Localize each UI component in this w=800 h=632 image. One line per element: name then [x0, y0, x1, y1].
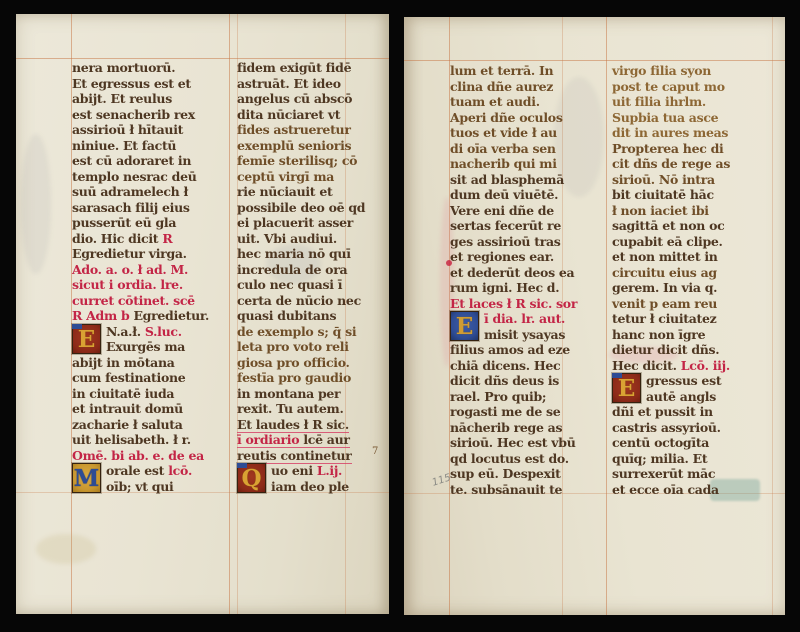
text-line: Egredietur virga.: [72, 246, 227, 262]
body-text: Egredietur.: [133, 308, 209, 323]
text-line: dñi et pussit in: [612, 404, 778, 420]
body-text: misit ysayas: [484, 327, 565, 342]
text-line: ł non iaciet ibi: [612, 203, 778, 219]
text-line: in montana per: [237, 386, 389, 402]
body-text: chiā dicens. Hec: [450, 358, 560, 373]
body-text: ges assirioū tras: [450, 234, 561, 249]
body-text: rie nūciauit et: [237, 184, 332, 199]
text-line: sup eū. Despexit: [450, 466, 610, 482]
rubric-text: R: [162, 231, 172, 246]
rubric-text: Ado. a. o. ł ad. M.: [72, 262, 188, 277]
text-line: niniue. Et factū: [72, 138, 227, 154]
body-text: uit filia ihrlm.: [612, 94, 706, 109]
text-line: Propterea hec di: [612, 141, 778, 157]
body-text: possibile deo oē qd: [237, 200, 365, 215]
illuminated-initial: M: [72, 463, 101, 493]
body-text: bit ciuitatē hāc: [612, 187, 714, 202]
text-line: exemplū senioris: [237, 138, 389, 154]
body-text: assirioū ł hītauit: [72, 122, 183, 137]
body-text: Aperi dñe oculos: [450, 110, 563, 125]
text-line: rexit. Tu autem.: [237, 401, 389, 417]
body-text: autē angls: [646, 389, 716, 404]
rubric-text: ī dia. lr. aut.: [484, 311, 565, 326]
text-line: sertas fecerūt re: [450, 218, 610, 234]
text-column: fidem exigūt fidēastruāt. Et ideoangelus…: [237, 60, 389, 494]
rubric-text: Lcō. iij.: [681, 358, 730, 373]
text-line: astruāt. Et ideo: [237, 76, 389, 92]
body-text: nera mortuorū.: [72, 60, 175, 75]
text-line: uit filia ihrlm.: [612, 94, 778, 110]
body-text: sirioū. Nō intra: [612, 172, 715, 187]
text-line: uit helisabeth. ł r.: [72, 432, 227, 448]
text-line: sarasach filij eius: [72, 200, 227, 216]
body-text: abijt in mōtana: [72, 355, 175, 370]
body-text: nacherib qui mi: [450, 156, 557, 171]
text-line: sirioū. Nō intra: [612, 172, 778, 188]
text-line: sirioū. Hec est vbū: [450, 435, 610, 451]
body-text: orale est: [106, 463, 168, 478]
text-line: Aperi dñe oculos: [450, 110, 610, 126]
body-text: dit in aures meas: [612, 125, 728, 140]
body-text: qd locutus est do.: [450, 451, 569, 466]
body-text: est senacherib rex: [72, 107, 195, 122]
body-text: pusserūt eū gla: [72, 215, 176, 230]
body-text: Egredietur virga.: [72, 246, 187, 261]
text-line: et regiones ear.: [450, 249, 610, 265]
text-column: virgo filia syonpost te caput mouit fili…: [612, 63, 778, 497]
body-text: N.a.ł.: [106, 324, 145, 339]
text-line: cit dñs de rege as: [612, 156, 778, 172]
text-line: surrexerūt māc: [612, 466, 778, 482]
body-text: lcē aur: [303, 432, 349, 448]
text-line: hec maria nō quī: [237, 246, 389, 262]
margin-mark: 7: [372, 446, 378, 457]
text-line: sicut i ordia. lre.: [72, 277, 227, 293]
rubric-text: Omē. bi ab. e. de ea: [72, 448, 204, 463]
ink-showthrough: [21, 134, 51, 274]
body-text: ei placuerit asser: [237, 215, 353, 230]
manuscript-right-page: lum et terrā. Inclina dñe aureztuam et a…: [404, 17, 785, 615]
text-line: certa de nūcio nec: [237, 293, 389, 309]
text-line: fidem exigūt fidē: [237, 60, 389, 76]
body-text: dñi et pussit in: [612, 404, 713, 419]
text-line: Et laces ł R sic. sor: [450, 296, 610, 312]
body-text: surrexerūt māc: [612, 466, 715, 481]
text-column: lum et terrā. Inclina dñe aureztuam et a…: [450, 63, 610, 497]
body-text: astruāt. Et ideo: [237, 76, 341, 91]
text-line: castris assyrioū.: [612, 420, 778, 436]
text-line: et non mittet in: [612, 249, 778, 265]
text-line: Et laudes ł R sic.: [237, 417, 389, 433]
illuminated-initial: E: [72, 324, 101, 354]
text-line: cum festinatione: [72, 370, 227, 386]
text-line: fides astrueretur: [237, 122, 389, 138]
rubric-text: Et laces ł R sic. sor: [450, 296, 577, 311]
body-text: dio. Hic dicit: [72, 231, 162, 246]
text-line: suū adramelech ł: [72, 184, 227, 200]
text-line: dicit dñs deus is: [450, 373, 610, 389]
body-text: et intrauit domū: [72, 401, 183, 416]
body-text: Et egressus est et: [72, 76, 191, 91]
text-line: ei placuerit asser: [237, 215, 389, 231]
body-text: di oīa verba sen: [450, 141, 556, 156]
body-text: venit p eam reu: [612, 296, 717, 311]
body-text: oīb; vt qui: [106, 479, 173, 494]
text-line: dio. Hic dicit R: [72, 231, 227, 247]
text-line: nera mortuorū.: [72, 60, 227, 76]
body-text: templo nesrac deū: [72, 169, 197, 184]
body-text: cit dñs de rege as: [612, 156, 730, 171]
body-text: et dederūt deos ea: [450, 265, 574, 280]
text-line: abijt in mōtana: [72, 355, 227, 371]
body-text: incredula de ora: [237, 262, 347, 277]
body-text: exemplū senioris: [237, 138, 351, 153]
body-text: Propterea hec di: [612, 141, 723, 156]
text-line: dit in aures meas: [612, 125, 778, 141]
manuscript-left-page: nera mortuorū.Et egressus est etabijt. E…: [16, 14, 389, 614]
body-text: rogasti me de se: [450, 404, 560, 419]
text-line: quīq; milia. Et: [612, 451, 778, 467]
text-line: giosa pro officio.: [237, 355, 389, 371]
text-line: nācherib rege as: [450, 420, 610, 436]
body-text: rexit. Tu autem.: [237, 401, 344, 416]
text-line: Et egressus est et: [72, 76, 227, 92]
body-text: sup eū. Despexit: [450, 466, 561, 481]
body-text: filius amos ad eze: [450, 342, 570, 357]
rubric-text: L.ij.: [317, 463, 342, 478]
text-line: incredula de ora: [237, 262, 389, 278]
text-line: rum igni. Hec d.: [450, 280, 610, 296]
text-line: Hec dicit. Lcō. iij.: [612, 358, 778, 374]
body-text: tetur ł ciuitatez: [612, 311, 716, 326]
text-line: possibile deo oē qd: [237, 200, 389, 216]
body-text: sertas fecerūt re: [450, 218, 561, 233]
body-text: in ciuitatē iuda: [72, 386, 174, 401]
text-line: quasi dubitans: [237, 308, 389, 324]
text-line: zacharie ł saluta: [72, 417, 227, 433]
ruling-line: [404, 60, 785, 61]
text-line: R Adm b Egredietur.: [72, 308, 227, 324]
body-text: Hec dicit.: [612, 358, 681, 373]
body-text: fides astrueretur: [237, 122, 351, 137]
text-line: in ciuitatē iuda: [72, 386, 227, 402]
rubric-text: ī ordiario: [237, 432, 303, 448]
text-line: curret cōtinet. scē: [72, 293, 227, 309]
body-text: sarasach filij eius: [72, 200, 190, 215]
text-line: circuitu eius ag: [612, 265, 778, 281]
text-line: Ado. a. o. ł ad. M.: [72, 262, 227, 278]
body-text: hanc non īgre: [612, 327, 705, 342]
text-line: de exemplo s; q̄ si: [237, 324, 389, 340]
text-line: femīe sterilisq; cō: [237, 153, 389, 169]
body-text: Et laudes ł R sic.: [237, 417, 349, 433]
photo-background: nera mortuorū.Et egressus est etabijt. E…: [0, 0, 800, 632]
text-line: dita nūciaret vt: [237, 107, 389, 123]
text-line: et dederūt deos ea: [450, 265, 610, 281]
body-text: clina dñe aurez: [450, 79, 553, 94]
text-line: lum et terrā. In: [450, 63, 610, 79]
body-text: et ecce oīa cada: [612, 482, 719, 497]
body-text: tuam et audi.: [450, 94, 540, 109]
body-text: centū octogīta: [612, 435, 709, 450]
rubric-text: curret cōtinet. scē: [72, 293, 195, 308]
text-line: uit. Vbi audiui.: [237, 231, 389, 247]
rubric-text: sicut i ordia. lre.: [72, 277, 183, 292]
text-line: tuos et vide ł au: [450, 125, 610, 141]
body-text: gerem. In via q.: [612, 280, 717, 295]
body-text: uit. Vbi audiui.: [237, 231, 337, 246]
body-text: gressus est: [646, 373, 721, 388]
text-line: chiā dicens. Hec: [450, 358, 610, 374]
text-line: gerem. In via q.: [612, 280, 778, 296]
text-line: Supbia tua asce: [612, 110, 778, 126]
text-line: rie nūciauit et: [237, 184, 389, 200]
body-text: tuos et vide ł au: [450, 125, 557, 140]
text-line: virgo filia syon: [612, 63, 778, 79]
illuminated-initial: Q: [237, 463, 266, 493]
text-line: et intrauit domū: [72, 401, 227, 417]
body-text: sagittā et non oc: [612, 218, 724, 233]
text-column: nera mortuorū.Et egressus est etabijt. E…: [72, 60, 227, 494]
body-text: et non mittet in: [612, 249, 718, 264]
text-line: te. subsānauit te: [450, 482, 610, 498]
illuminated-initial: E: [450, 311, 479, 341]
text-line: sagittā et non oc: [612, 218, 778, 234]
text-line: di oīa verba sen: [450, 141, 610, 157]
text-line: ī ordiario lcē aur: [237, 432, 389, 448]
body-text: angelus cū abscō: [237, 91, 352, 106]
text-line: rael. Pro quib;: [450, 389, 610, 405]
body-text: uit helisabeth. ł r.: [72, 432, 191, 447]
text-line: tuam et audi.: [450, 94, 610, 110]
body-text: et regiones ear.: [450, 249, 554, 264]
body-text: virgo filia syon: [612, 63, 711, 78]
text-line: Vere eni dñe de: [450, 203, 610, 219]
vellum-stain: [36, 534, 96, 564]
ruling-line: [16, 58, 389, 59]
body-text: Vere eni dñe de: [450, 203, 554, 218]
text-line: assirioū ł hītauit: [72, 122, 227, 138]
text-line: filius amos ad eze: [450, 342, 610, 358]
body-text: giosa pro officio.: [237, 355, 350, 370]
body-text: dietur dicit dñs.: [612, 342, 719, 357]
text-line: est senacherib rex: [72, 107, 227, 123]
body-text: Exurgēs ma: [106, 339, 185, 354]
body-text: abijt. Et reulus: [72, 91, 172, 106]
text-line: nacherib qui mi: [450, 156, 610, 172]
rubric-text: S.luc.: [145, 324, 182, 339]
body-text: festīa pro gaudio: [237, 370, 351, 385]
text-line: clina dñe aurez: [450, 79, 610, 95]
body-text: niniue. Et factū: [72, 138, 176, 153]
body-text: sit ad blasphemā: [450, 172, 564, 187]
body-text: nācherib rege as: [450, 420, 562, 435]
text-line: culo nec quasi ī: [237, 277, 389, 293]
text-line: pusserūt eū gla: [72, 215, 227, 231]
text-line: et ecce oīa cada: [612, 482, 778, 498]
text-line: bit ciuitatē hāc: [612, 187, 778, 203]
text-line: qd locutus est do.: [450, 451, 610, 467]
text-line: sit ad blasphemā: [450, 172, 610, 188]
text-line: rogasti me de se: [450, 404, 610, 420]
rubric-text: R Adm b: [72, 308, 133, 323]
text-line: venit p eam reu: [612, 296, 778, 312]
text-line: ceptū virgī ma: [237, 169, 389, 185]
ruling-line: [229, 14, 230, 614]
text-line: Omē. bi ab. e. de ea: [72, 448, 227, 464]
body-text: ceptū virgī ma: [237, 169, 334, 184]
text-line: est cū adoraret in: [72, 153, 227, 169]
rubric-text: lcō.: [168, 463, 192, 478]
body-text: post te caput mo: [612, 79, 725, 94]
text-line: hanc non īgre: [612, 327, 778, 343]
body-text: uo eni: [271, 463, 317, 478]
body-text: de exemplo s; q̄ si: [237, 324, 356, 339]
illuminated-initial: E: [612, 373, 641, 403]
body-text: in montana per: [237, 386, 340, 401]
text-line: templo nesrac deū: [72, 169, 227, 185]
text-line: ges assirioū tras: [450, 234, 610, 250]
body-text: rum igni. Hec d.: [450, 280, 559, 295]
body-text: cum festinatione: [72, 370, 185, 385]
body-text: certa de nūcio nec: [237, 293, 361, 308]
text-line: dietur dicit dñs.: [612, 342, 778, 358]
text-line: post te caput mo: [612, 79, 778, 95]
text-line: angelus cū abscō: [237, 91, 389, 107]
body-text: te. subsānauit te: [450, 482, 562, 497]
body-text: culo nec quasi ī: [237, 277, 342, 292]
body-text: dicit dñs deus is: [450, 373, 559, 388]
body-text: castris assyrioū.: [612, 420, 721, 435]
body-text: ł non iaciet ibi: [612, 203, 709, 218]
body-text: cupabit eā clipe.: [612, 234, 723, 249]
text-line: dum deū viuētē.: [450, 187, 610, 203]
text-line: abijt. Et reulus: [72, 91, 227, 107]
body-text: Supbia tua asce: [612, 110, 718, 125]
body-text: femīe sterilisq; cō: [237, 153, 357, 168]
text-line: festīa pro gaudio: [237, 370, 389, 386]
text-line: reutis continetur: [237, 448, 389, 464]
body-text: leta pro voto reli: [237, 339, 349, 354]
body-text: zacharie ł saluta: [72, 417, 183, 432]
body-text: dum deū viuētē.: [450, 187, 558, 202]
body-text: iam deo ple: [271, 479, 349, 494]
text-line: cupabit eā clipe.: [612, 234, 778, 250]
text-line: leta pro voto reli: [237, 339, 389, 355]
body-text: dita nūciaret vt: [237, 107, 340, 122]
body-text: reutis continetur: [237, 448, 352, 464]
body-text: lum et terrā. In: [450, 63, 553, 78]
body-text: hec maria nō quī: [237, 246, 351, 261]
text-line: tetur ł ciuitatez: [612, 311, 778, 327]
body-text: quīq; milia. Et: [612, 451, 707, 466]
body-text: suū adramelech ł: [72, 184, 188, 199]
text-line: centū octogīta: [612, 435, 778, 451]
body-text: quasi dubitans: [237, 308, 336, 323]
body-text: circuitu eius ag: [612, 265, 717, 280]
body-text: est cū adoraret in: [72, 153, 191, 168]
body-text: sirioū. Hec est vbū: [450, 435, 575, 450]
body-text: rael. Pro quib;: [450, 389, 546, 404]
body-text: fidem exigūt fidē: [237, 60, 351, 75]
